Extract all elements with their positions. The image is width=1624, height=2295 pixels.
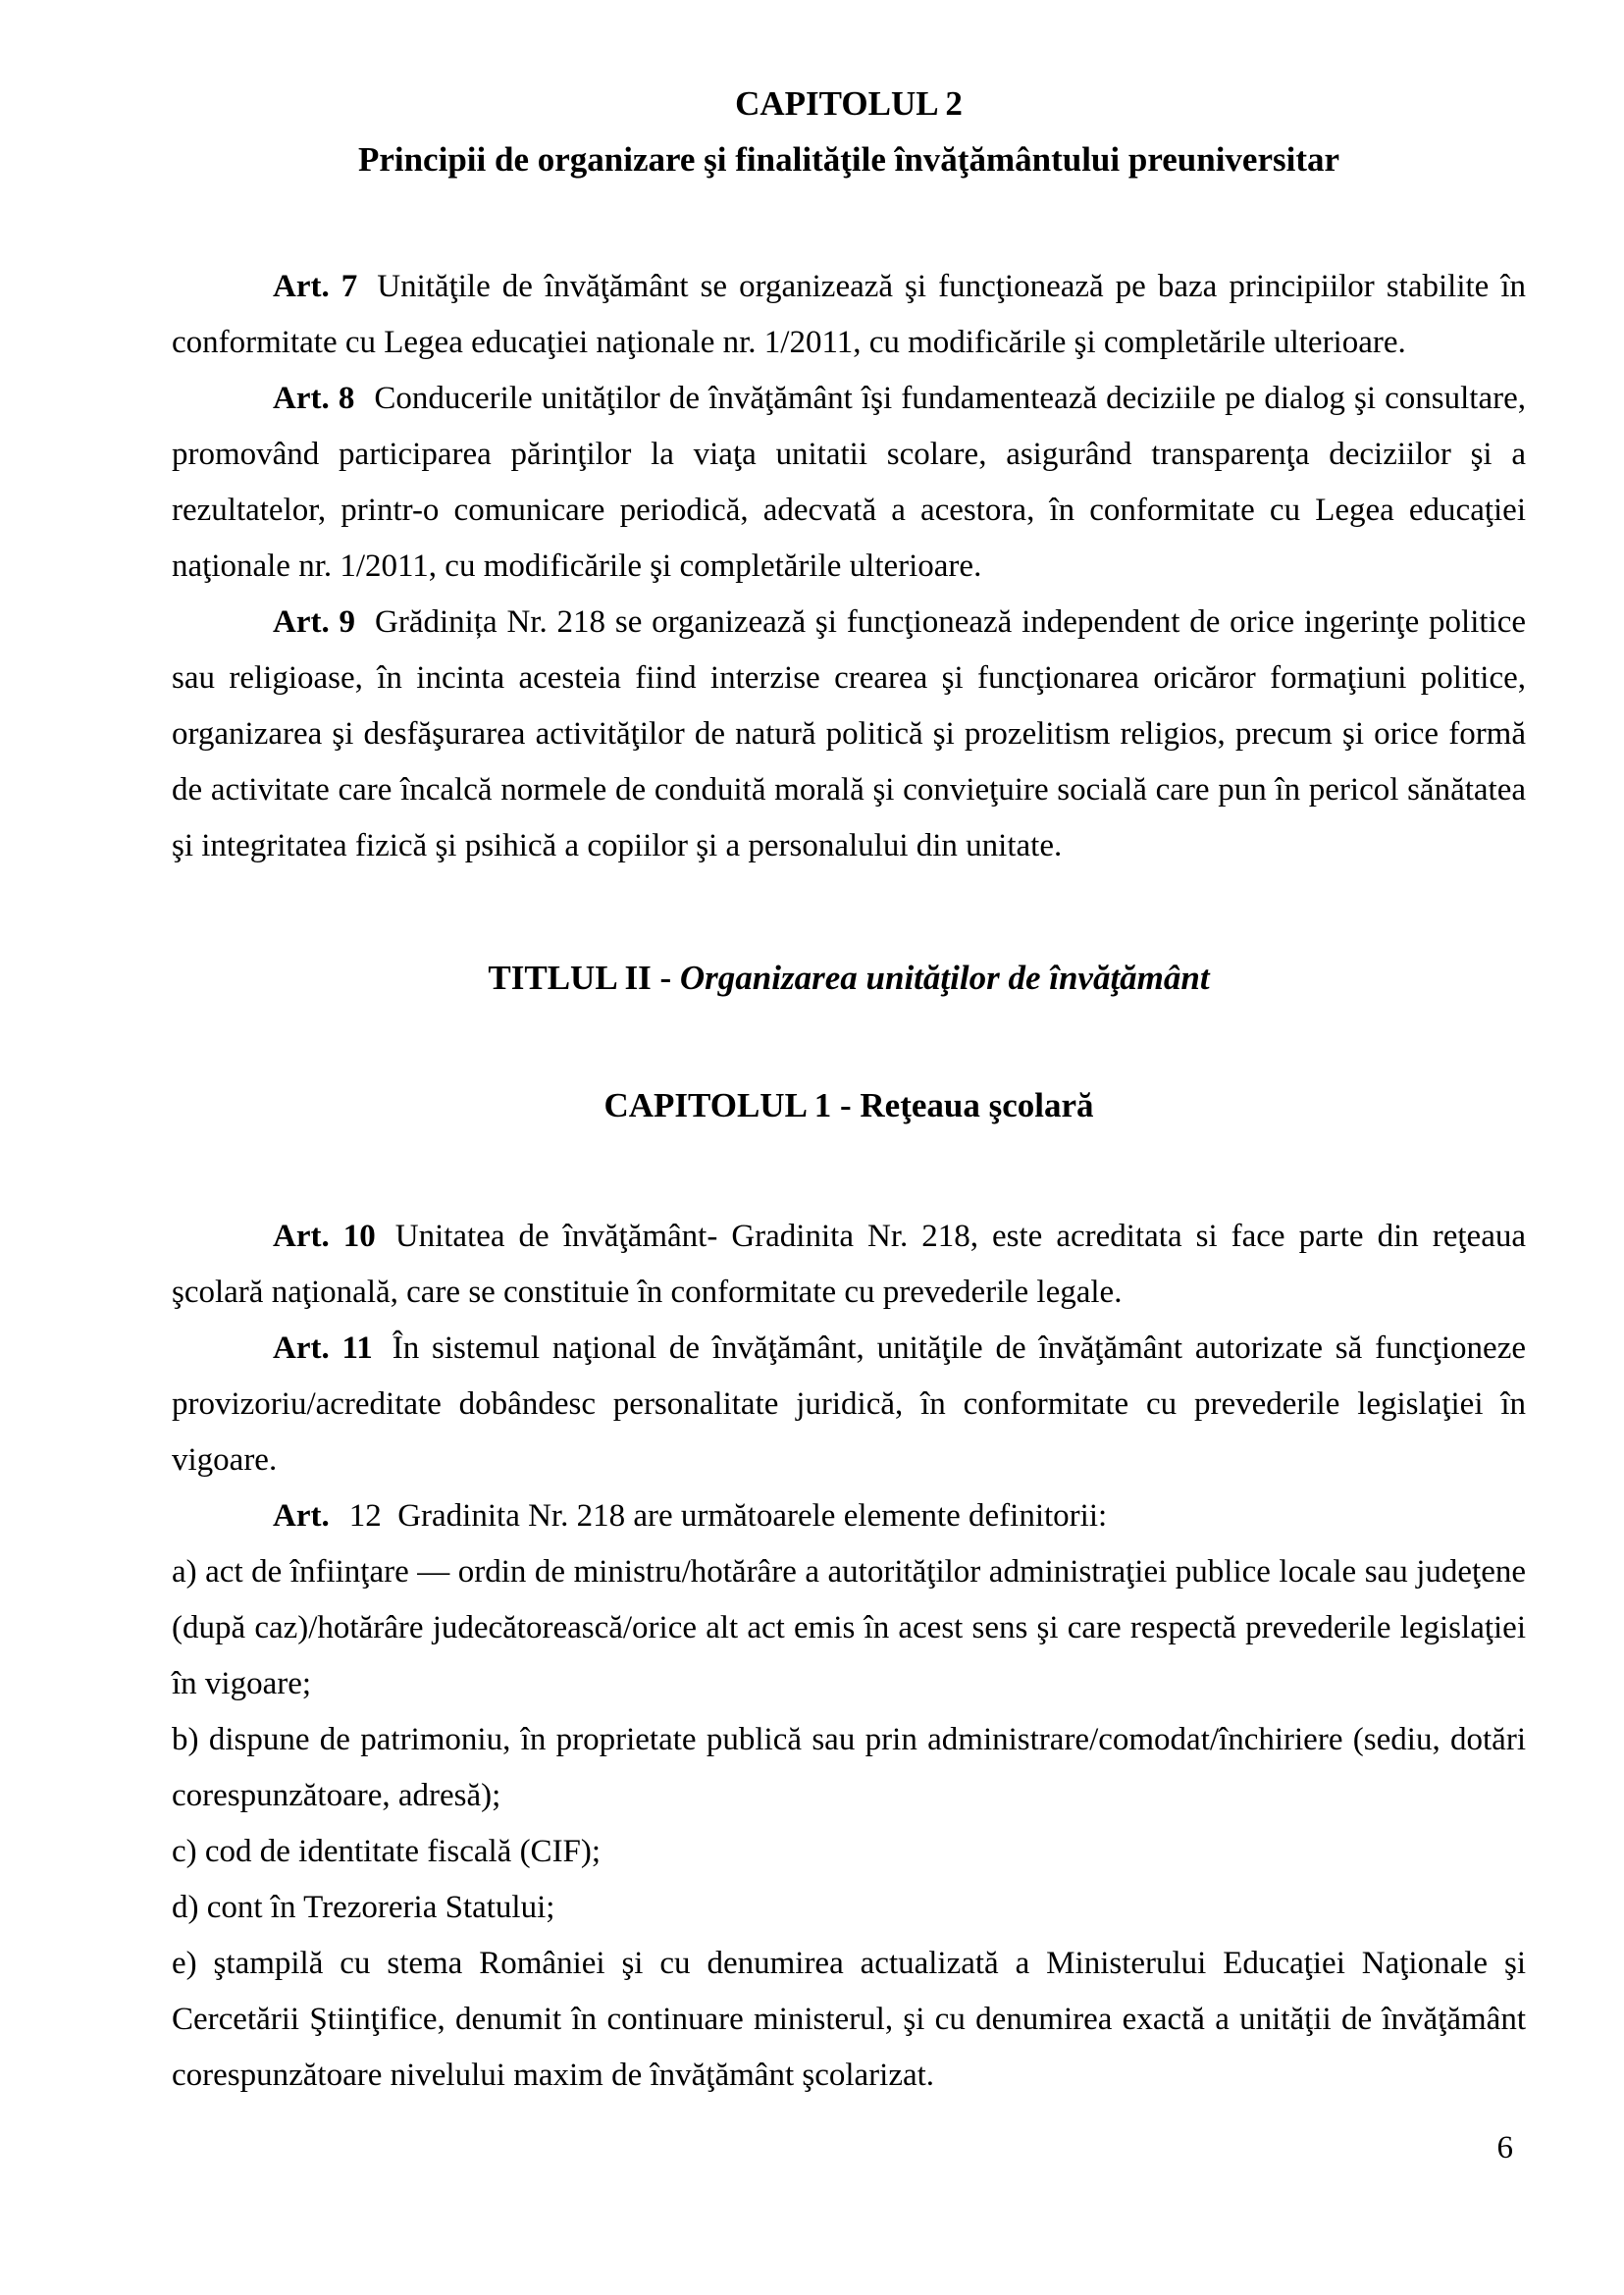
chapter-2-subheading: Principii de organizare şi finalităţile … xyxy=(172,131,1526,187)
list-item-e: e) ştampilă cu stema României şi cu denu… xyxy=(172,1936,1526,2104)
list-item-d: d) cont în Trezoreria Statului; xyxy=(172,1880,1526,1936)
article-11-text: În sistemul naţional de învăţământ, unit… xyxy=(172,1330,1526,1478)
page-number: 6 xyxy=(172,2120,1526,2176)
title-2-prefix: TITLUL II - xyxy=(488,959,680,997)
document-page: CAPITOLUL 2 Principii de organizare şi f… xyxy=(0,0,1624,2295)
list-item-b: b) dispune de patrimoniu, în proprietate… xyxy=(172,1712,1526,1824)
paragraph-art-10: Art. 10Unitatea de învăţământ- Gradinita… xyxy=(172,1209,1526,1321)
document-body: CAPITOLUL 2 Principii de organizare şi f… xyxy=(0,0,1624,2176)
article-9-label: Art. 9 xyxy=(273,604,355,640)
article-9-text: Grădinița Nr. 218 se organizează şi func… xyxy=(172,604,1526,863)
article-11-label: Art. 11 xyxy=(273,1330,373,1366)
article-8-label: Art. 8 xyxy=(273,381,354,416)
chapter-1-heading: CAPITOLUL 1 - Reţeaua şcolară xyxy=(172,1077,1526,1133)
article-10-label: Art. 10 xyxy=(273,1219,376,1254)
article-7-text: Unităţile de învăţământ se organizează ş… xyxy=(172,269,1526,360)
paragraph-art-8: Art. 8Conducerile unităţilor de învăţămâ… xyxy=(172,371,1526,595)
article-8-text: Conducerile unităţilor de învăţământ îşi… xyxy=(172,381,1526,584)
paragraph-art-9: Art. 9Grădinița Nr. 218 se organizează ş… xyxy=(172,595,1526,874)
list-item-c: c) cod de identitate fiscală (CIF); xyxy=(172,1824,1526,1880)
title-2-heading: TITLUL II - Organizarea unităţilor de în… xyxy=(172,950,1526,1006)
paragraph-art-12: Art.12 Gradinita Nr. 218 are următoarele… xyxy=(172,1488,1526,1544)
list-item-a: a) act de înfiinţare — ordin de ministru… xyxy=(172,1544,1526,1712)
chapter-2-heading: CAPITOLUL 2 xyxy=(172,76,1526,131)
title-2-name: Organizarea unităţilor de învăţământ xyxy=(680,959,1210,997)
paragraph-art-7: Art. 7Unităţile de învăţământ se organiz… xyxy=(172,259,1526,371)
article-12-text: 12 Gradinita Nr. 218 are următoarele ele… xyxy=(349,1498,1107,1534)
paragraph-art-11: Art. 11În sistemul naţional de învăţămân… xyxy=(172,1321,1526,1488)
article-7-label: Art. 7 xyxy=(273,269,357,304)
article-12-label: Art. xyxy=(273,1498,330,1534)
